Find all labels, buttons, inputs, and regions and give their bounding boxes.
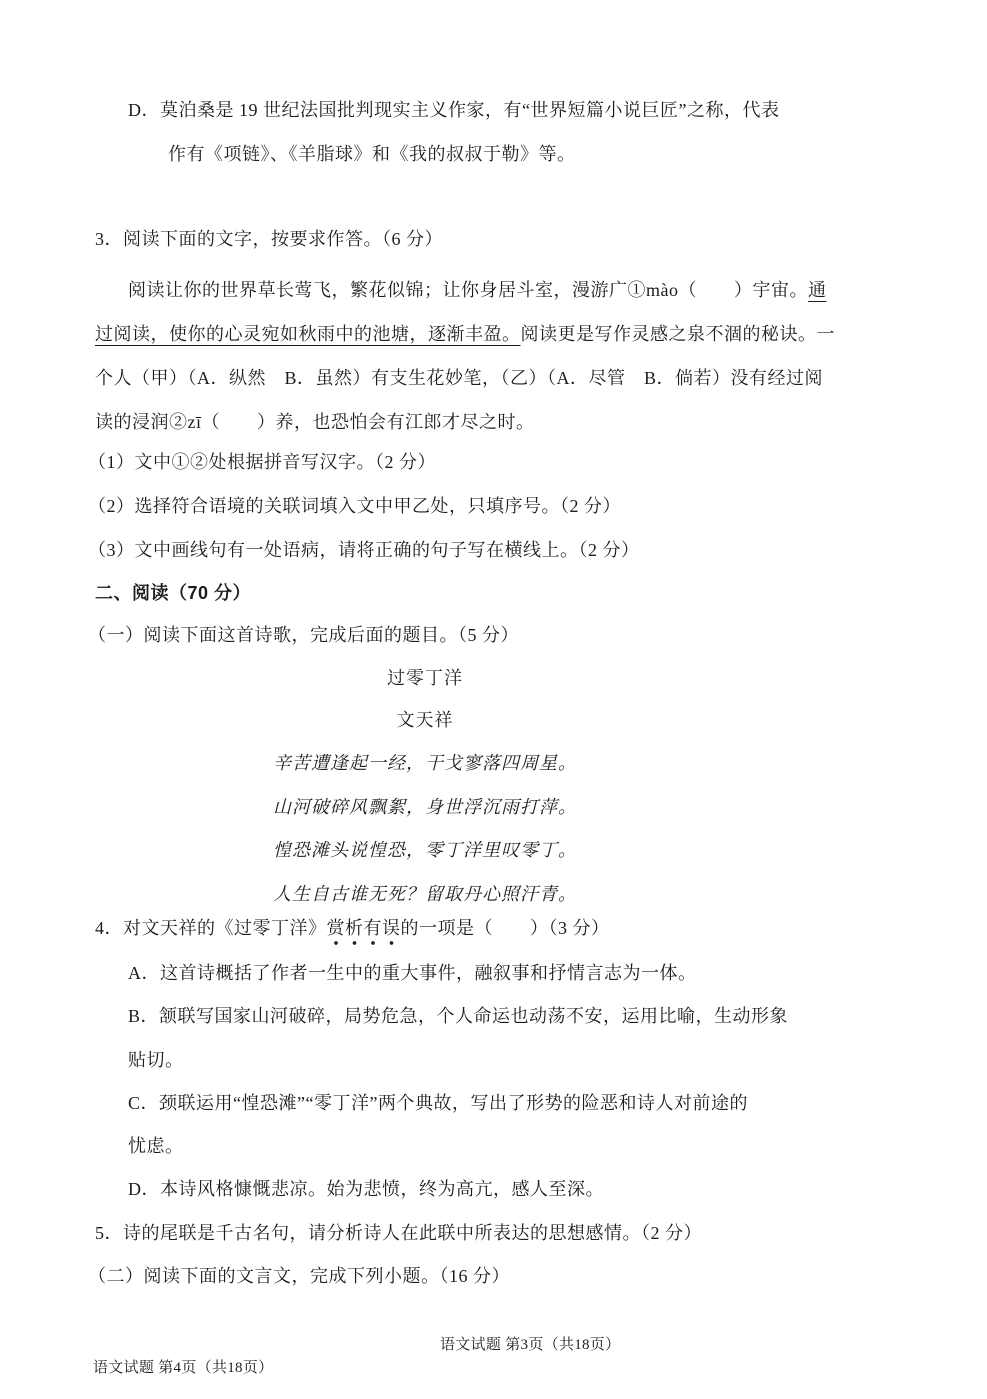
exam-document-page: D．莫泊桑是 19 世纪法国批判现实主义作家，有“世界短篇小说巨匠”之称，代表 …: [0, 0, 987, 1399]
poem-line: 辛苦遭逢起一经，干戈寥落四周星。: [95, 754, 755, 772]
question4-option-a: A．这首诗概括了作者一生中的重大事件，融叙事和抒情言志为一体。: [128, 964, 697, 982]
poem-line: 山河破碎风飘絮，身世浮沉雨打萍。: [95, 798, 755, 816]
question3-passage-line1: 阅读让你的世界草长莺飞，繁花似锦；让你身居斗室，漫游广①mào（ ）宇宙。通: [128, 281, 827, 299]
poem-author: 文天祥: [95, 711, 755, 729]
passage-text: 阅读让你的世界草长莺飞，繁花似锦；让你身居斗室，漫游广①mào（ ）宇宙。: [128, 280, 808, 300]
passage-text: 阅读更是写作灵感之泉不涸的秘诀。一: [521, 324, 836, 344]
question4-option-d: D．本诗风格慷慨悲凉。始为悲愤，终为高亢，感人至深。: [128, 1180, 604, 1198]
question3-sub2: （2）选择符合语境的关联词填入文中甲乙处，只填序号。（2 分）: [88, 497, 621, 515]
question3-passage-line2: 过阅读，使你的心灵宛如秋雨中的池塘，逐渐丰盈。阅读更是写作灵感之泉不涸的秘诀。一: [95, 325, 835, 343]
question4-stem-prefix: 4．对文天祥的《过零丁洋》: [95, 918, 327, 938]
question4-option-c-line2: 忧虑。: [128, 1137, 184, 1155]
question4-option-c-line1: C．颈联运用“惶恐滩”“零丁洋”两个典故，写出了形势的险恶和诗人对前途的: [128, 1094, 748, 1112]
question4-option-b-line2: 贴切。: [128, 1051, 184, 1069]
passage-underlined-text: 过阅读，使你的心灵宛如秋雨中的池塘，逐渐丰盈。: [95, 324, 521, 344]
section2-heading: 二、阅读（70 分）: [95, 584, 251, 602]
question3-sub1: （1）文中①②处根据拼音写汉字。（2 分）: [88, 453, 436, 471]
question3-sub3: （3）文中画线句有一处语病，请将正确的句子写在横线上。（2 分）: [88, 541, 640, 559]
question4-option-b-line1: B．颔联写国家山河破碎，局势危急，个人命运也动荡不安，运用比喻，生动形象: [128, 1007, 788, 1025]
question4-stem-suffix: 的一项是（ ）（3 分）: [401, 918, 610, 938]
section2-part2-intro: （二）阅读下面的文言文，完成下列小题。（16 分）: [88, 1267, 510, 1285]
prev-option-d-line2: 作有《项链》、《羊脂球》和《我的叔叔于勒》等。: [168, 145, 576, 163]
question4-stem: 4．对文天祥的《过零丁洋》赏析有误的一项是（ ）（3 分）: [95, 919, 610, 937]
poem-title: 过零丁洋: [95, 669, 755, 687]
question3-passage-line4: 读的浸润②zī（ ）养，也恐怕会有江郎才尽之时。: [95, 413, 535, 431]
question5-stem: 5．诗的尾联是千古名句，请分析诗人在此联中所表达的思想感情。（2 分）: [95, 1224, 702, 1242]
section2-part1-intro: （一）阅读下面这首诗歌，完成后面的题目。（5 分）: [88, 626, 519, 644]
poem-line: 惶恐滩头说惶恐，零丁洋里叹零丁。: [95, 841, 755, 859]
poem-line: 人生自古谁无死？留取丹心照汗青。: [95, 885, 755, 903]
page-footer-page4: 语文试题 第4页（共18页）: [93, 1361, 273, 1376]
question4-stem-emphasized: 赏析有误: [327, 918, 401, 946]
prev-option-d-line1: D．莫泊桑是 19 世纪法国批判现实主义作家，有“世界短篇小说巨匠”之称，代表: [128, 101, 779, 119]
page-footer-page3: 语文试题 第3页（共18页）: [440, 1338, 620, 1353]
passage-underlined-text: 通: [808, 280, 827, 300]
question3-passage-line3: 个人（甲）（A．纵然 B．虽然）有支生花妙笔，（乙）（A．尽管 B．倘若）没有经…: [95, 369, 823, 387]
question3-stem: 3．阅读下面的文字，按要求作答。（6 分）: [95, 230, 443, 248]
